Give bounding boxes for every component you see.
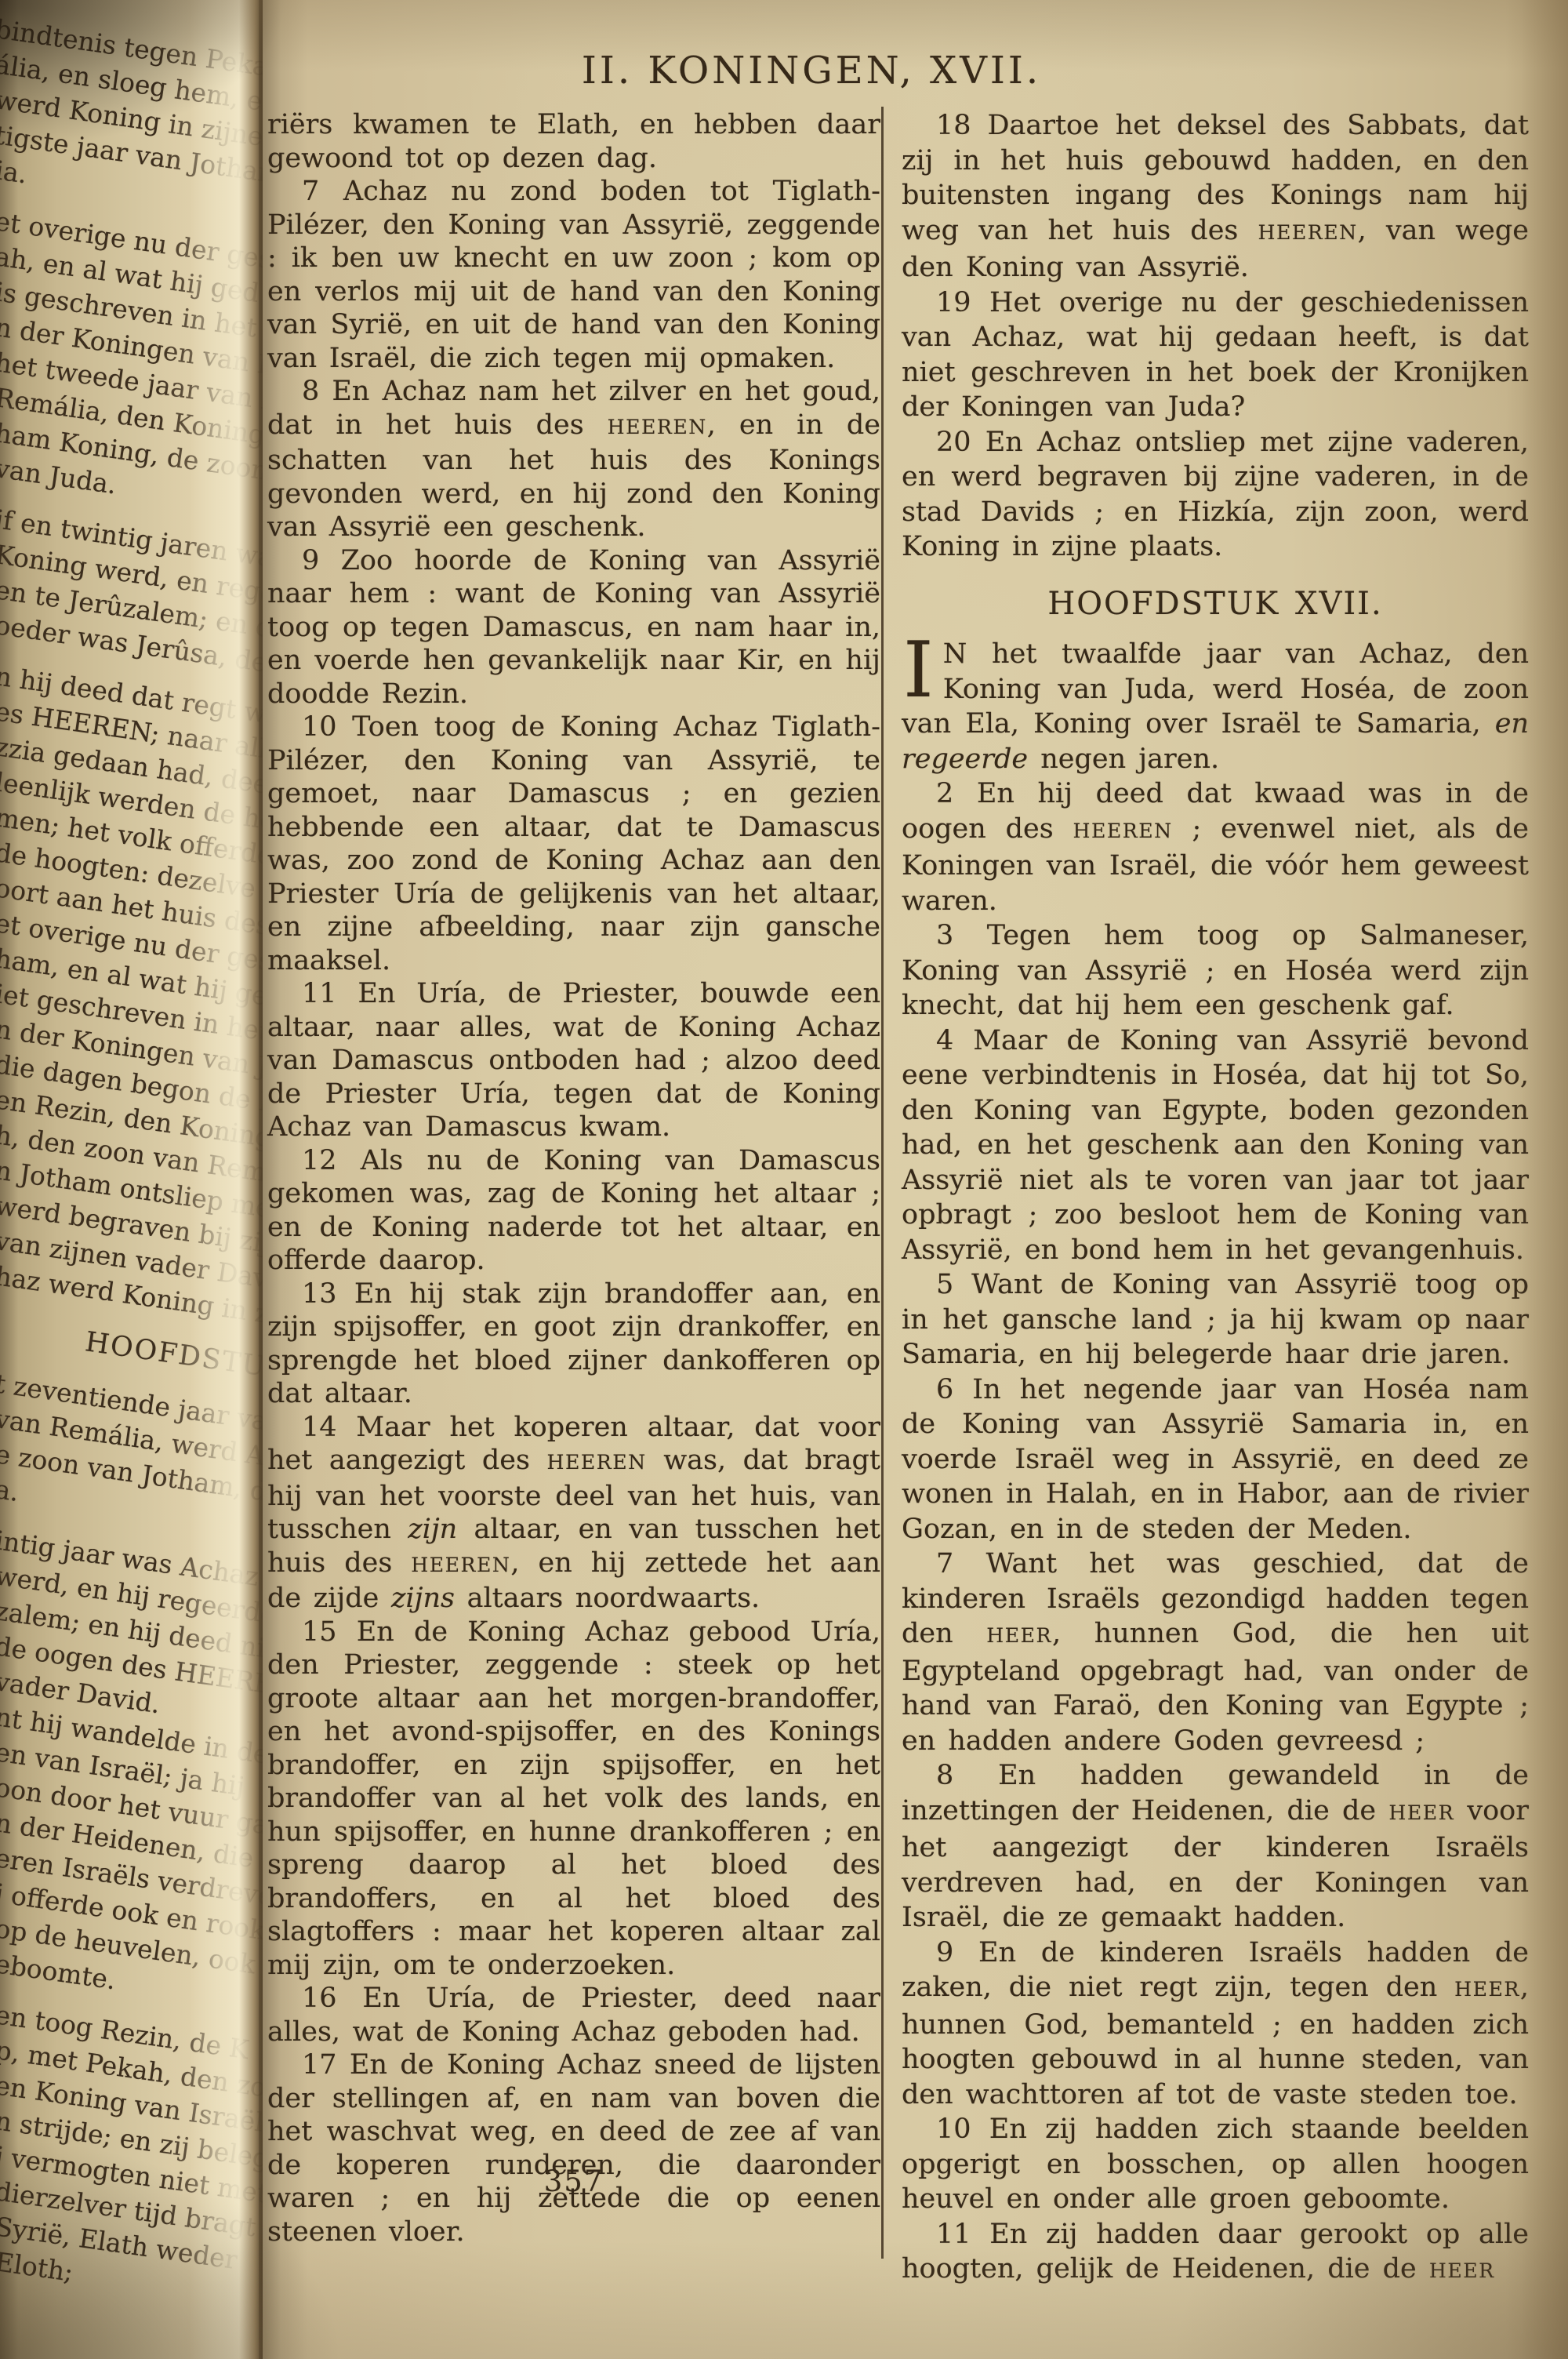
verse-paragraph: 3 Tegen hem toog op Salmaneser, Koning v… (902, 918, 1529, 1023)
verse-text: 15 En de Koning Achaz gebood Uría, den P… (267, 1616, 880, 1981)
verse-paragraph: 19 Het overige nu der geschiedenissen va… (902, 285, 1529, 425)
verse-paragraph: 7 Want het was geschied, dat de kinderen… (902, 1547, 1529, 1758)
verse-paragraph: IN het twaalfde jaar van Achaz, den Koni… (902, 637, 1529, 776)
drop-cap: I (902, 637, 943, 700)
verse-paragraph: 10 Toen toog de Koning Achaz Tiglath-Pil… (267, 711, 880, 977)
verse-paragraph: 10 En zij hadden zich staande beelden op… (902, 2112, 1529, 2217)
verse-text: 17 En de Koning Achaz sneed de lijsten d… (267, 2049, 880, 2248)
scanned-book-page: bindtenis tegen Pekahália, en sloeg hem,… (0, 0, 1568, 2359)
divine-name-small-caps: HEEREN (547, 1451, 647, 1474)
verse-text: 9 Zoo hoorde de Koning van Assyrië naar … (267, 545, 880, 710)
divine-name-small-caps: HEER (986, 1624, 1052, 1647)
verse-paragraph: 11 En Uría, de Priester, bouwde een alta… (267, 977, 880, 1144)
verse-paragraph: 18 Daartoe het deksel des Sabbats, dat z… (902, 108, 1529, 285)
verse-paragraph: 11 En zij hadden daar gerookt op alle ho… (902, 2217, 1529, 2289)
verse-paragraph: 6 In het negende jaar van Hoséa nam de K… (902, 1372, 1529, 1547)
verse-paragraph: 8 En Achaz nam het zilver en het goud, d… (267, 375, 880, 544)
page-number: 357 (267, 2165, 880, 2198)
verse-text: 6 In het negende jaar van Hoséa nam de K… (902, 1374, 1529, 1545)
verse-text: 3 Tegen hem toog op Salmaneser, Koning v… (902, 920, 1529, 1021)
divine-name-small-caps: HEER (1429, 2259, 1495, 2282)
verse-paragraph: 15 En de Koning Achaz gebood Uría, den P… (267, 1616, 880, 1983)
verse-text: altaars noordwaarts. (455, 1583, 760, 1614)
divine-name-small-caps: HEER (1388, 1801, 1454, 1824)
verse-text: 19 Het overige nu der geschiedenissen va… (902, 287, 1529, 423)
verse-paragraph: 9 En de kinderen Israëls hadden de zaken… (902, 1936, 1529, 2113)
verse-text: N het twaalfde jaar van Achaz, den Konin… (902, 638, 1529, 740)
divine-name-small-caps: HEEREN (608, 416, 707, 438)
verse-text: 20 En Achaz ontsliep met zijne vaderen, … (902, 427, 1529, 563)
curled-page-text: bindtenis tegen Pekahália, en sloeg hem,… (0, 11, 263, 2279)
verse-paragraph: 4 Maar de Koning van Assyrië bevond eene… (902, 1023, 1529, 1268)
divine-name-small-caps: HEEREN (411, 1554, 510, 1576)
column-divider-rule (881, 107, 884, 2259)
italic-text: zijn (408, 1514, 457, 1545)
chapter-heading: HOOFDSTUK XVII. (902, 587, 1529, 622)
verse-paragraph: 12 Als nu de Koning van Damascus gekomen… (267, 1144, 880, 1278)
verse-paragraph: 2 En hij deed dat kwaad was in de oogen … (902, 776, 1529, 918)
italic-text: zijns (391, 1583, 455, 1614)
verse-paragraph: 8 En hadden gewandeld in de inzettingen … (902, 1758, 1529, 1936)
verse-paragraph: 14 Maar het koperen altaar, dat voor het… (267, 1411, 880, 1616)
verse-text: 9 En de kinderen Israëls hadden de zaken… (902, 1937, 1529, 2004)
verse-text: 12 Als nu de Koning van Damascus gekomen… (267, 1145, 880, 1277)
verse-paragraph: riërs kwamen te Elath, en hebben daar ge… (267, 108, 880, 175)
verse-text: 16 En Uría, de Priester, deed naar alles… (267, 1983, 880, 2048)
divine-name-small-caps: HEER (1454, 1978, 1520, 2001)
verse-paragraph: 9 Zoo hoorde de Koning van Assyrië naar … (267, 544, 880, 711)
right-column: 18 Daartoe het deksel des Sabbats, dat z… (902, 108, 1529, 2289)
verse-text: riërs kwamen te Elath, en hebben daar ge… (267, 109, 880, 174)
verse-text: 4 Maar de Koning van Assyrië bevond eene… (902, 1025, 1529, 1266)
verse-paragraph: 13 En hij stak zijn brandoffer aan, en z… (267, 1278, 880, 1411)
verse-text: 5 Want de Koning van Assyrië toog op in … (902, 1269, 1529, 1370)
curled-previous-page: bindtenis tegen Pekahália, en sloeg hem,… (0, 0, 263, 2359)
verse-text: 11 En Uría, de Priester, bouwde een alta… (267, 978, 880, 1143)
verse-text: 7 Achaz nu zond boden tot Tiglath-Piléze… (267, 176, 880, 374)
verse-paragraph: 16 En Uría, de Priester, deed naar alles… (267, 1982, 880, 2048)
verse-text: negen jaren. (1028, 743, 1219, 775)
verse-paragraph: 7 Achaz nu zond boden tot Tiglath-Piléze… (267, 175, 880, 375)
verse-text: 13 En hij stak zijn brandoffer aan, en z… (267, 1278, 880, 1410)
left-column: riërs kwamen te Elath, en hebben daar ge… (267, 108, 880, 2248)
verse-text: 10 Toen toog de Koning Achaz Tiglath-Pil… (267, 711, 880, 976)
divine-name-small-caps: HEEREN (1073, 820, 1173, 842)
verse-text: 10 En zij hadden zich staande beelden op… (902, 2114, 1529, 2215)
page-header-title: II. KONINGEN, XVII. (267, 49, 1356, 93)
verse-paragraph: 20 En Achaz ontsliep met zijne vaderen, … (902, 425, 1529, 565)
divine-name-small-caps: HEEREN (1258, 221, 1358, 244)
verse-paragraph: 5 Want de Koning van Assyrië toog op in … (902, 1267, 1529, 1372)
verse-paragraph: 17 En de Koning Achaz sneed de lijsten d… (267, 2048, 880, 2248)
